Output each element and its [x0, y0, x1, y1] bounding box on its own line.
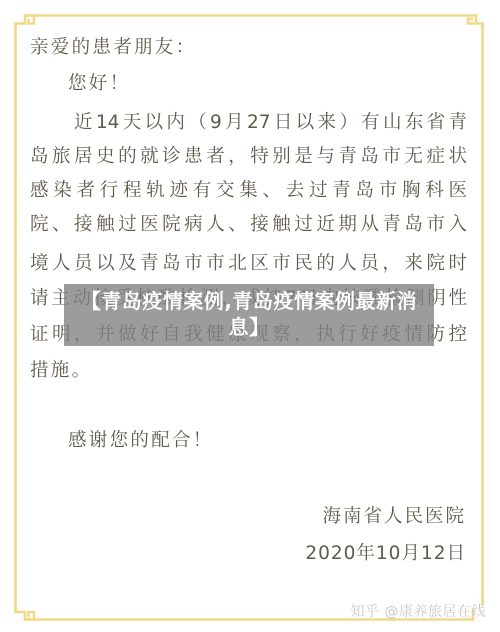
body-line-2: 岛旅居史的就诊患者，特别是与青岛市无症状 [30, 147, 467, 167]
body-line-1: 近14天以内（9月27日以来）有山东省青 [74, 113, 467, 133]
salutation: 您好！ [68, 74, 130, 94]
title-overlay-line-1: 【青岛疫情案例,青岛疫情案例最新消 [64, 288, 434, 314]
greeting: 亲爱的患者朋友： [30, 38, 196, 58]
body-line-5: 境人员以及青岛市市北区市民的人员，来院时 [30, 254, 467, 274]
watermark: 知乎 @康养旅居在线 [351, 601, 486, 621]
title-overlay-line-2: 息】 [64, 314, 434, 340]
date: 2020年10月12日 [305, 544, 466, 564]
title-overlay: 【青岛疫情案例,青岛疫情案例最新消 息】 [64, 284, 434, 346]
thanks-line: 感谢您的配合！ [68, 431, 214, 451]
body-line-3: 感染者行程轨迹有交集、去过青岛市胸科医 [30, 181, 467, 201]
signature: 海南省人民医院 [322, 507, 466, 527]
body-line-4: 院、接触过医院病人、接触过近期从青岛市入 [30, 215, 467, 235]
body-line-8: 措施。 [30, 361, 92, 381]
